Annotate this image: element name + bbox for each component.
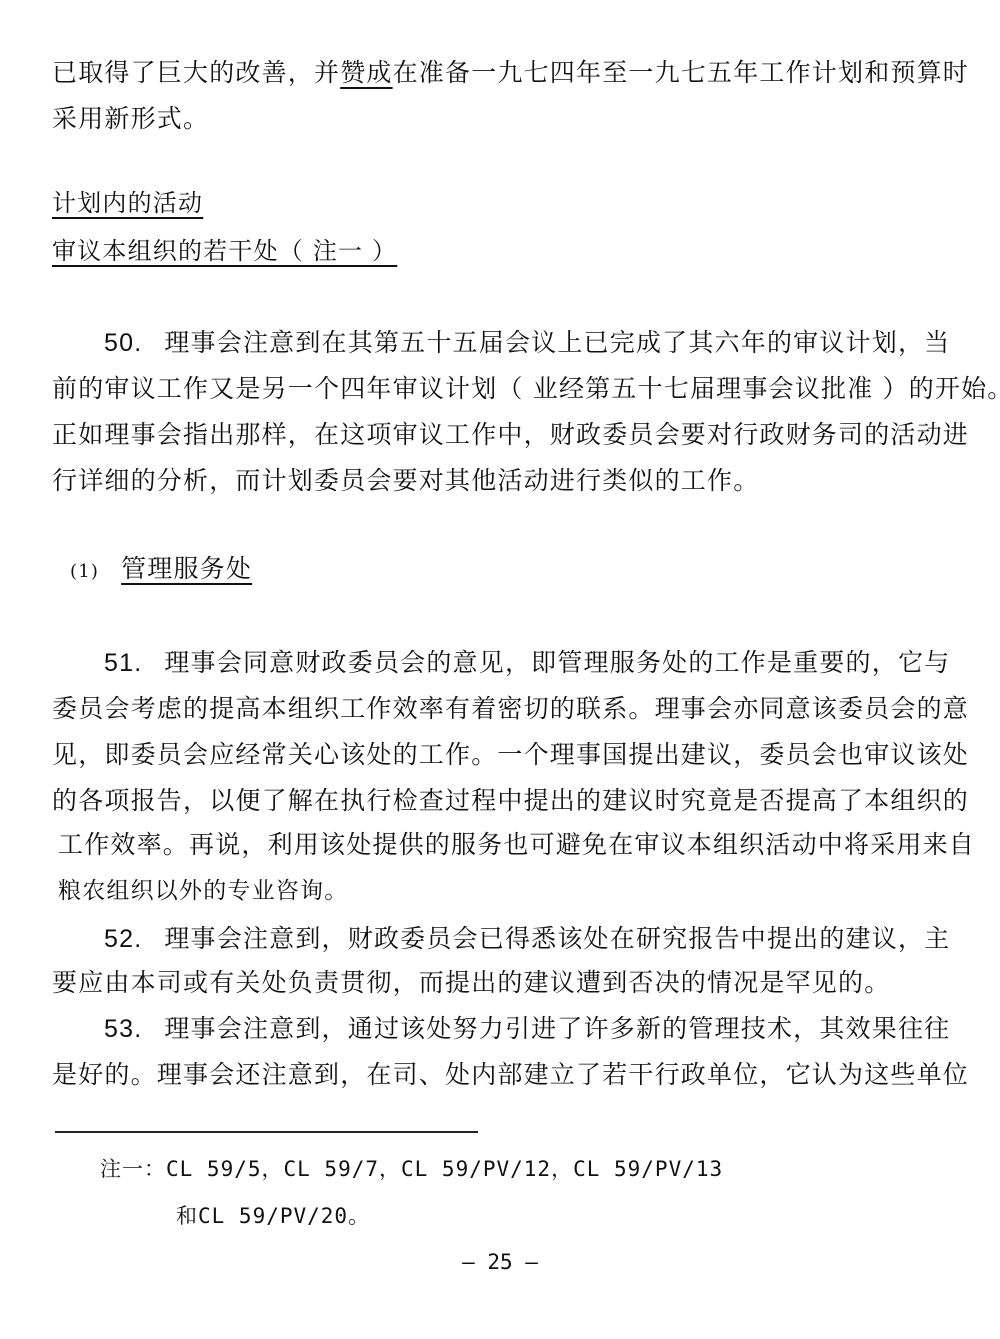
list-item-heading: (1)管理服务处	[70, 554, 252, 587]
intro-text: 在准备一九七四年至一九七五年工作计划和预算时	[393, 58, 969, 87]
underlined-term: 赞成	[340, 58, 392, 87]
footnote-line-1: 注一：CL 59/5，CL 59/7，CL 59/PV/12，CL 59/PV/…	[100, 1153, 723, 1183]
paragraph-line: 委员会考虑的提高本组织工作效率有着密切的联系。理事会亦同意该委员会的意	[52, 694, 969, 724]
section-heading: 计划内的活动	[52, 188, 203, 218]
paragraph-number: 52.	[104, 925, 142, 953]
paragraph-line: 50.理事会注意到在其第五十五届会议上已完成了其六年的审议计划，当	[104, 328, 950, 358]
paragraph-text: 理事会注意到在其第五十五届会议上已完成了其六年的审议计划，当	[164, 328, 950, 357]
paragraph-text: 理事会同意财政委员会的意见，即管理服务处的工作是重要的，它与	[164, 648, 950, 677]
intro-line-2: 采用新形式。	[52, 104, 209, 134]
paragraph-line: 前的审议工作又是另一个四年审议计划（ 业经第五十七届理事会议批准 ）的开始。	[52, 374, 1000, 404]
paragraph-line: 工作效率。再说，利用该处提供的服务也可避免在审议本组织活动中将采用来自	[58, 830, 975, 860]
paragraph-line: 51.理事会同意财政委员会的意见，即管理服务处的工作是重要的，它与	[104, 648, 950, 678]
paragraph-text: 理事会注意到，通过该处努力引进了许多新的管理技术，其效果往往	[164, 1014, 950, 1043]
paragraph-line: 正如理事会指出那样，在这项审议工作中，财政委员会要对行政财务司的活动进	[52, 420, 969, 450]
list-marker: (1)	[70, 561, 99, 582]
paragraph-line: 粮农组织以外的专业咨询。	[58, 876, 348, 906]
paragraph-line: 52.理事会注意到，财政委员会已得悉该处在研究报告中提出的建议，主	[104, 924, 950, 954]
paragraph-number: 53.	[104, 1015, 142, 1043]
intro-line-1: 已取得了巨大的改善，并赞成在准备一九七四年至一九七五年工作计划和预算时	[52, 58, 969, 88]
list-item-title: 管理服务处	[121, 554, 252, 583]
paragraph-line: 的各项报告，以便了解在执行检查过程中提出的建议时究竟是否提高了本组织的	[52, 786, 969, 816]
page-number: – 25 –	[0, 1250, 1000, 1274]
paragraph-text: 理事会注意到，财政委员会已得悉该处在研究报告中提出的建议，主	[164, 924, 950, 953]
paragraph-number: 51.	[104, 649, 142, 677]
footnote-divider	[55, 1131, 478, 1133]
paragraph-number: 50.	[104, 329, 142, 357]
paragraph-line: 要应由本司或有关处负责贯彻，而提出的建议遭到否决的情况是罕见的。	[52, 968, 890, 998]
subsection-heading: 审议本组织的若干处（ 注一 ）	[52, 236, 397, 266]
paragraph-line: 行详细的分析，而计划委员会要对其他活动进行类似的工作。	[52, 466, 759, 496]
paragraph-line: 见，即委员会应经常关心该处的工作。一个理事国提出建议，委员会也审议该处	[52, 740, 969, 770]
footnote-line-2: 和CL 59/PV/20。	[176, 1200, 370, 1230]
paragraph-line: 53.理事会注意到，通过该处努力引进了许多新的管理技术，其效果往往	[104, 1014, 950, 1044]
intro-text: 已取得了巨大的改善，并	[52, 58, 340, 87]
paragraph-line: 是好的。理事会还注意到，在司、处内部建立了若干行政单位，它认为这些单位	[52, 1060, 969, 1090]
